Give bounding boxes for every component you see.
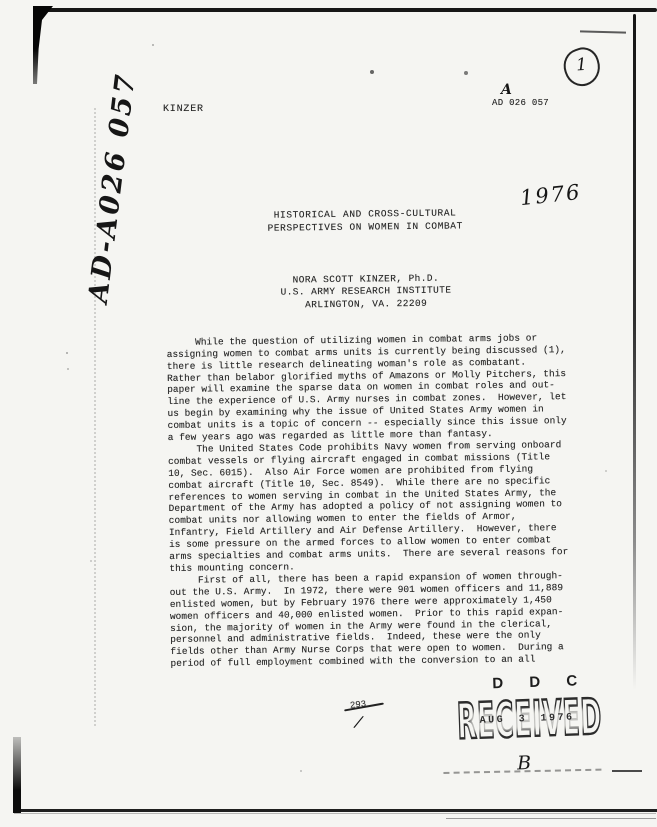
scan-edge-right: [633, 14, 636, 690]
scan-corner-blob: [33, 6, 53, 84]
document-title: HISTORICAL AND CROSS-CULTURAL PERSPECTIV…: [165, 206, 565, 236]
body-text: While the question of utilizing women in…: [167, 332, 571, 670]
scanned-document-page: AD-A026 057 KINZER A AD 026 057 1 1976 H…: [0, 0, 657, 827]
scan-edge-bottom-faint: [446, 818, 656, 819]
running-head-author: KINZER: [163, 104, 204, 115]
handwritten-page-mark: /: [354, 712, 363, 732]
accession-number: AD 026 057: [492, 98, 549, 108]
handwritten-routing-mark: B: [517, 752, 532, 774]
scan-edge-bottom-left: [13, 737, 21, 813]
handwritten-accession-prefix: A: [501, 82, 512, 98]
scan-edge-top: [36, 8, 657, 12]
handwritten-accession-number-vertical: AD-A026 057: [83, 78, 141, 304]
stamp-underline-dash-right: [612, 770, 642, 772]
circled-page-number: 1: [559, 43, 605, 90]
author-block: NORA SCOTT KINZER, Ph.D. U.S. ARMY RESEA…: [166, 271, 566, 312]
page-number-text: 1: [564, 49, 598, 82]
typed-content-block: HISTORICAL AND CROSS-CULTURAL PERSPECTIV…: [165, 206, 571, 670]
scan-noise-specks: [0, 0, 2, 2]
scan-edge-top-right: [580, 30, 626, 33]
scan-edge-bottom: [13, 809, 657, 812]
ddc-received-stamp: D D C RECEIVED AUG 3 1976 B: [448, 671, 612, 789]
